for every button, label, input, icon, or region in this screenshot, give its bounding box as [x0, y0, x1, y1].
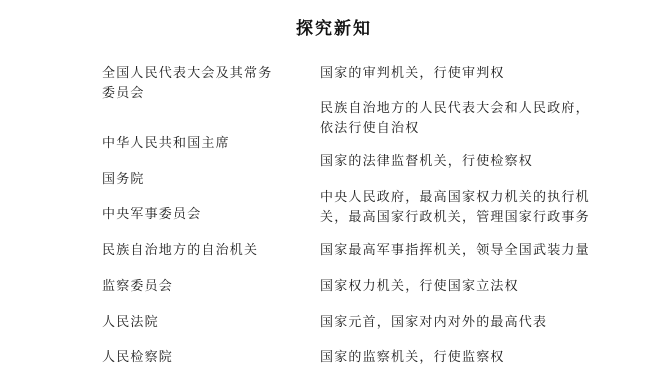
left-item-procuratorate[interactable]: 人民检察院 — [102, 348, 173, 368]
right-item-line: 国家的法律监督机关，行使检察权 — [320, 152, 533, 172]
left-item-line: 国务院 — [102, 170, 145, 190]
left-item-state-council[interactable]: 国务院 — [102, 170, 145, 190]
right-item-line: 国家的监察机关，行使监察权 — [320, 348, 505, 368]
right-item-military[interactable]: 国家最高军事指挥机关，领导全国武装力量 — [320, 241, 590, 261]
left-item-npc[interactable]: 全国人民代表大会及其常务 委员会 — [102, 64, 272, 104]
right-item-line: 民族自治地方的人民代表大会和人民政府， — [320, 99, 590, 119]
left-item-line: 人民法院 — [102, 313, 159, 333]
right-item-line: 国家的审判机关，行使审判权 — [320, 64, 505, 84]
right-item-supervisory[interactable]: 国家的监察机关，行使监察权 — [320, 348, 505, 368]
right-item-line: 依法行使自治权 — [320, 119, 590, 139]
left-item-line: 中央军事委员会 — [102, 205, 201, 225]
left-item-line: 人民检察院 — [102, 348, 173, 368]
right-item-line: 中央人民政府，最高国家权力机关的执行机 — [320, 188, 590, 208]
right-item-line: 关，最高国家行政机关，管理国家行政事务 — [320, 208, 590, 228]
left-item-peoples-court[interactable]: 人民法院 — [102, 313, 159, 333]
left-item-supervisory-commission[interactable]: 监察委员会 — [102, 277, 173, 297]
right-item-procuratorial[interactable]: 国家的法律监督机关，行使检察权 — [320, 152, 533, 172]
page-title: 探究新知 — [0, 14, 668, 39]
right-item-line: 国家元首，国家对内对外的最高代表 — [320, 313, 547, 333]
left-item-line: 监察委员会 — [102, 277, 173, 297]
right-item-line: 国家权力机关，行使国家立法权 — [320, 277, 519, 297]
left-item-line: 中华人民共和国主席 — [102, 134, 230, 154]
right-item-line: 国家最高军事指挥机关，领导全国武装力量 — [320, 241, 590, 261]
left-item-cmc[interactable]: 中央军事委员会 — [102, 205, 201, 225]
left-item-line: 委员会 — [102, 84, 272, 104]
left-item-line: 全国人民代表大会及其常务 — [102, 64, 272, 84]
right-item-head-of-state[interactable]: 国家元首，国家对内对外的最高代表 — [320, 313, 547, 333]
right-item-judicial[interactable]: 国家的审判机关，行使审判权 — [320, 64, 505, 84]
left-item-autonomous-organs[interactable]: 民族自治地方的自治机关 — [102, 241, 258, 261]
right-item-autonomy[interactable]: 民族自治地方的人民代表大会和人民政府， 依法行使自治权 — [320, 99, 590, 139]
left-item-president[interactable]: 中华人民共和国主席 — [102, 134, 230, 154]
left-item-line: 民族自治地方的自治机关 — [102, 241, 258, 261]
right-item-central-government[interactable]: 中央人民政府，最高国家权力机关的执行机 关，最高国家行政机关，管理国家行政事务 — [320, 188, 590, 228]
right-item-legislative[interactable]: 国家权力机关，行使国家立法权 — [320, 277, 519, 297]
